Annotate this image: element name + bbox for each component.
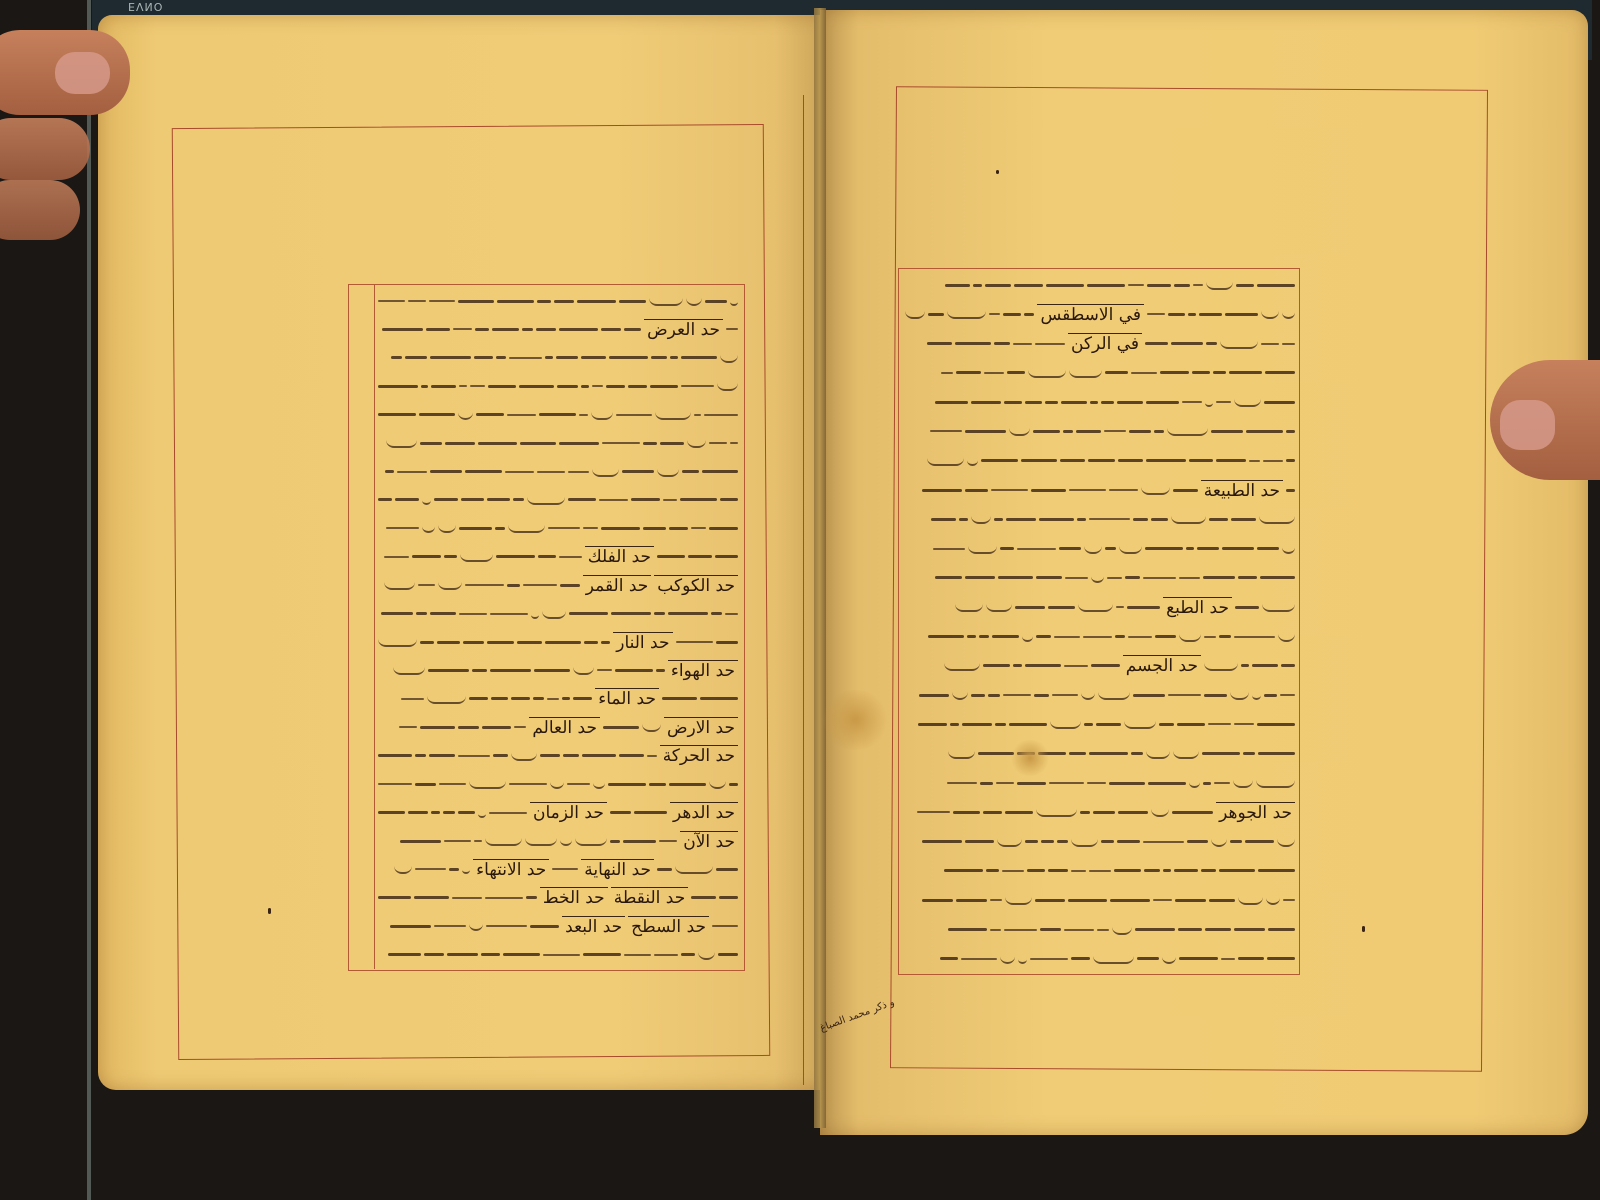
headword: حد الهواء	[668, 660, 738, 681]
ink-speck	[268, 908, 271, 914]
script-stroke	[1235, 606, 1259, 609]
script-stroke	[717, 381, 738, 391]
script-stroke	[496, 555, 535, 558]
script-stroke	[1118, 811, 1148, 814]
script-stroke	[531, 609, 539, 619]
script-stroke	[996, 782, 1014, 784]
script-stroke	[509, 783, 547, 785]
manuscript-line	[378, 430, 738, 456]
script-stroke	[983, 664, 1010, 667]
script-stroke	[408, 300, 426, 302]
manuscript-line	[905, 448, 1295, 474]
script-stroke	[1087, 782, 1106, 784]
headword: حد الخط	[540, 887, 608, 908]
script-stroke	[945, 284, 970, 287]
script-stroke	[552, 868, 578, 870]
script-stroke	[599, 499, 628, 501]
script-stroke	[429, 754, 455, 757]
script-stroke	[603, 726, 639, 729]
script-stroke	[691, 527, 706, 529]
manuscript-line: حد الارضحد العالم	[378, 714, 738, 740]
script-stroke	[1021, 459, 1057, 462]
manuscript-line: حد الكوكبحد القمر	[378, 572, 738, 598]
headword: حد النقطة	[611, 887, 689, 908]
script-stroke	[1189, 459, 1213, 462]
script-stroke	[1110, 899, 1150, 902]
script-stroke	[1109, 489, 1138, 491]
script-stroke	[1030, 958, 1068, 960]
script-stroke	[1083, 636, 1112, 638]
headword: حد العالم	[529, 717, 600, 738]
left-finger	[0, 180, 80, 240]
script-stroke	[983, 811, 1002, 814]
script-stroke	[434, 498, 459, 501]
script-stroke	[1229, 371, 1262, 374]
script-stroke	[584, 641, 598, 644]
script-stroke	[619, 300, 646, 303]
script-stroke	[533, 697, 544, 700]
headword: حد الماء	[595, 688, 659, 709]
script-stroke	[1261, 309, 1279, 319]
script-stroke	[1093, 954, 1134, 964]
script-stroke	[381, 612, 413, 615]
script-stroke	[1167, 426, 1208, 436]
script-stroke	[1118, 459, 1143, 462]
script-stroke	[1197, 547, 1219, 550]
headword: حد الطبيعة	[1201, 480, 1283, 501]
script-stroke	[1230, 690, 1249, 700]
script-stroke	[1045, 401, 1058, 404]
script-stroke	[608, 783, 646, 786]
script-stroke	[1236, 284, 1254, 287]
script-stroke	[1286, 430, 1295, 433]
script-stroke	[1114, 869, 1141, 872]
script-stroke	[1231, 518, 1256, 521]
script-stroke	[1280, 694, 1295, 696]
script-stroke	[985, 284, 1011, 287]
script-stroke	[1204, 694, 1227, 697]
script-stroke	[415, 868, 446, 870]
script-stroke	[384, 556, 409, 558]
script-stroke	[458, 410, 473, 420]
script-stroke	[492, 328, 519, 331]
script-stroke	[654, 612, 665, 615]
manuscript-line	[378, 288, 738, 314]
script-stroke	[1000, 547, 1014, 550]
script-stroke	[394, 864, 412, 874]
script-stroke	[1069, 489, 1106, 491]
manuscript-line	[378, 601, 738, 627]
script-stroke	[680, 498, 718, 501]
script-stroke	[581, 356, 606, 359]
script-stroke	[414, 896, 449, 899]
script-stroke	[388, 953, 421, 956]
manuscript-line	[905, 565, 1295, 591]
script-stroke	[386, 527, 419, 529]
script-stroke	[681, 356, 717, 359]
script-stroke	[691, 896, 715, 899]
script-stroke	[482, 726, 511, 729]
script-stroke	[682, 470, 699, 473]
manuscript-line	[905, 770, 1295, 796]
script-stroke	[994, 342, 1010, 345]
script-stroke	[657, 555, 685, 558]
script-stroke	[419, 413, 455, 416]
manuscript-line: حد الحركة	[378, 743, 738, 769]
script-stroke	[420, 641, 434, 644]
script-stroke	[971, 401, 1001, 404]
script-stroke	[927, 342, 952, 345]
script-stroke	[395, 498, 419, 501]
script-stroke	[720, 498, 738, 501]
script-stroke	[415, 783, 436, 786]
script-stroke	[922, 899, 953, 902]
script-stroke	[428, 669, 469, 672]
script-stroke	[1146, 749, 1170, 759]
script-stroke	[1091, 664, 1120, 667]
script-stroke	[1260, 576, 1295, 579]
script-stroke	[496, 356, 506, 359]
script-stroke	[542, 609, 566, 619]
script-stroke	[559, 556, 582, 558]
script-stroke	[1146, 459, 1186, 462]
script-stroke	[709, 442, 727, 444]
script-stroke	[568, 471, 589, 473]
script-stroke	[554, 300, 574, 303]
script-stroke	[1192, 371, 1210, 374]
manuscript-line	[905, 858, 1295, 884]
manuscript-line: في الاسطقس	[905, 301, 1295, 327]
script-stroke	[1035, 899, 1065, 902]
script-stroke	[995, 723, 1006, 726]
headword: حد النهاية	[581, 859, 654, 880]
script-stroke	[1035, 343, 1065, 345]
script-stroke	[1071, 957, 1090, 960]
script-stroke	[623, 840, 656, 843]
script-stroke	[430, 470, 462, 473]
script-stroke	[1203, 576, 1235, 579]
script-stroke	[422, 523, 435, 533]
headword: حد السطح	[628, 916, 709, 937]
script-stroke	[953, 811, 980, 814]
script-stroke	[647, 755, 657, 757]
script-stroke	[967, 456, 978, 466]
script-stroke	[1159, 723, 1174, 726]
script-stroke	[1160, 371, 1189, 374]
script-stroke	[581, 385, 589, 388]
script-stroke	[1109, 782, 1145, 785]
script-stroke	[592, 385, 604, 387]
script-stroke	[1048, 606, 1075, 609]
script-stroke	[919, 694, 949, 697]
script-stroke	[1061, 401, 1087, 404]
script-stroke	[709, 779, 726, 789]
script-stroke	[955, 342, 991, 345]
script-stroke	[474, 840, 482, 842]
script-stroke	[1013, 343, 1032, 345]
script-stroke	[1133, 694, 1165, 697]
script-stroke	[1028, 368, 1066, 378]
script-stroke	[1105, 371, 1128, 374]
headword: حد الجوهر	[1216, 802, 1295, 823]
script-stroke	[420, 726, 455, 729]
script-stroke	[545, 356, 553, 359]
script-stroke	[1175, 899, 1206, 902]
script-stroke	[1025, 664, 1061, 667]
script-stroke	[378, 413, 416, 416]
script-stroke	[709, 527, 738, 530]
manuscript-line	[378, 459, 738, 485]
script-stroke	[559, 328, 598, 331]
script-stroke	[557, 385, 578, 388]
script-stroke	[729, 783, 738, 786]
script-stroke	[1048, 869, 1068, 872]
script-stroke	[445, 442, 475, 445]
script-stroke	[505, 471, 534, 473]
headword: حد العرض	[644, 319, 723, 340]
script-stroke	[1241, 664, 1249, 667]
script-stroke	[971, 694, 985, 697]
script-stroke	[1093, 811, 1115, 814]
script-stroke	[616, 414, 652, 416]
script-stroke	[1014, 284, 1043, 287]
script-stroke	[462, 864, 470, 874]
script-stroke	[1117, 401, 1143, 404]
manuscript-line	[378, 373, 738, 399]
script-stroke	[1238, 576, 1257, 579]
script-stroke	[1040, 928, 1061, 931]
script-stroke	[478, 808, 486, 818]
script-stroke	[688, 555, 712, 558]
script-stroke	[944, 869, 983, 872]
script-stroke	[1024, 313, 1035, 316]
script-stroke	[459, 527, 492, 530]
manuscript-line: حد الآن	[378, 828, 738, 854]
script-stroke	[1071, 870, 1086, 872]
script-stroke	[400, 840, 441, 843]
script-stroke	[1168, 313, 1185, 316]
script-stroke	[1119, 544, 1142, 554]
script-stroke	[547, 698, 559, 700]
script-stroke	[935, 401, 968, 404]
script-stroke	[520, 442, 556, 445]
left-finger	[0, 118, 90, 180]
manuscript-line	[905, 682, 1295, 708]
script-stroke	[1204, 661, 1238, 671]
script-stroke	[443, 811, 455, 814]
script-stroke	[1174, 284, 1190, 287]
script-stroke	[660, 442, 684, 445]
script-stroke	[988, 694, 1000, 697]
script-stroke	[1084, 723, 1093, 726]
script-stroke	[922, 489, 962, 492]
script-stroke	[495, 527, 505, 530]
script-stroke	[458, 726, 479, 729]
script-stroke	[577, 300, 616, 303]
script-stroke	[458, 811, 475, 814]
manuscript-line	[905, 360, 1295, 386]
script-stroke	[1009, 426, 1030, 436]
script-stroke	[1188, 313, 1196, 316]
script-stroke	[525, 836, 557, 846]
script-stroke	[1131, 752, 1143, 755]
ink-speck	[1362, 926, 1365, 932]
script-stroke	[1131, 372, 1157, 374]
script-stroke	[1249, 460, 1260, 462]
script-stroke	[1173, 489, 1198, 492]
script-stroke	[573, 697, 592, 700]
script-stroke	[1034, 694, 1049, 697]
left-text-lines: حد العرضحد الفلكحد الكوكبحد القمرحد النا…	[378, 288, 738, 968]
script-stroke	[548, 527, 580, 529]
script-stroke	[543, 954, 580, 956]
script-stroke	[1203, 782, 1211, 785]
script-stroke	[1049, 782, 1084, 784]
script-stroke	[1017, 782, 1046, 785]
script-stroke	[610, 811, 631, 814]
script-stroke	[1168, 694, 1201, 696]
headword: حد الآن	[680, 831, 738, 852]
script-stroke	[971, 514, 991, 524]
script-stroke	[488, 385, 516, 388]
script-stroke	[986, 869, 999, 872]
script-stroke	[1263, 460, 1283, 462]
manuscript-line	[905, 946, 1295, 972]
right-page-gutter-rule	[803, 95, 804, 1085]
script-stroke	[1057, 840, 1068, 843]
script-stroke	[509, 357, 542, 359]
script-stroke	[378, 300, 405, 302]
script-stroke	[1258, 869, 1295, 872]
script-stroke	[1238, 957, 1264, 960]
script-stroke	[421, 385, 429, 388]
script-stroke	[537, 300, 551, 303]
manuscript-line	[905, 711, 1295, 737]
script-stroke	[1089, 518, 1130, 520]
script-stroke	[676, 641, 714, 643]
manuscript-line: حد العرض	[378, 316, 738, 342]
manuscript-line	[905, 917, 1295, 943]
script-stroke	[940, 957, 958, 960]
script-stroke	[1076, 430, 1101, 433]
script-stroke	[1009, 723, 1047, 726]
script-stroke	[427, 694, 466, 704]
script-stroke	[967, 635, 976, 638]
script-stroke	[941, 372, 953, 374]
script-stroke	[1137, 957, 1159, 960]
script-stroke	[1127, 606, 1160, 609]
script-stroke	[424, 953, 444, 956]
script-stroke	[1084, 544, 1102, 554]
manuscript-line	[905, 624, 1295, 650]
script-stroke	[922, 840, 962, 843]
script-stroke	[1256, 778, 1295, 788]
script-stroke	[1080, 811, 1090, 814]
script-stroke	[1107, 577, 1122, 579]
script-stroke	[1089, 870, 1111, 872]
script-stroke	[1069, 752, 1086, 755]
script-stroke	[643, 442, 657, 445]
script-stroke	[610, 840, 620, 843]
script-stroke	[1096, 723, 1121, 726]
script-stroke	[962, 723, 992, 726]
script-stroke	[1265, 371, 1295, 374]
script-stroke	[489, 812, 527, 814]
script-stroke	[1060, 459, 1085, 462]
script-stroke	[378, 783, 412, 785]
script-stroke	[1211, 430, 1243, 433]
script-stroke	[538, 555, 556, 558]
thumbnail	[55, 52, 110, 94]
script-stroke	[978, 752, 1014, 755]
script-stroke	[1286, 459, 1295, 462]
script-stroke	[476, 413, 504, 416]
script-stroke	[947, 309, 986, 319]
script-stroke	[490, 669, 531, 672]
script-stroke	[511, 697, 530, 700]
script-stroke	[550, 779, 565, 789]
thumbnail	[1500, 400, 1555, 450]
script-stroke	[981, 459, 1018, 462]
script-stroke	[1036, 635, 1051, 638]
script-stroke	[1173, 749, 1199, 759]
script-stroke	[1206, 280, 1233, 290]
script-stroke	[918, 723, 947, 726]
script-stroke	[606, 385, 625, 388]
script-stroke	[1013, 664, 1022, 667]
manuscript-line: حد الفلك	[378, 544, 738, 570]
script-stroke	[1046, 284, 1084, 287]
script-stroke	[1144, 869, 1160, 872]
script-stroke	[386, 438, 417, 448]
manuscript-line	[905, 887, 1295, 913]
script-stroke	[415, 754, 427, 757]
script-stroke	[1146, 401, 1179, 404]
script-stroke	[416, 612, 427, 615]
script-stroke	[1211, 837, 1227, 847]
headword: حد الجسم	[1123, 655, 1201, 676]
manuscript-line	[905, 272, 1295, 298]
script-stroke	[1234, 397, 1261, 407]
script-stroke	[1148, 782, 1186, 785]
script-stroke	[540, 754, 560, 757]
script-stroke	[1245, 840, 1274, 843]
script-stroke	[1078, 602, 1113, 612]
script-stroke	[534, 669, 570, 672]
script-stroke	[1252, 690, 1261, 700]
script-stroke	[1129, 430, 1151, 433]
script-stroke	[681, 953, 695, 956]
script-stroke	[1222, 547, 1254, 550]
script-stroke	[1208, 723, 1231, 725]
script-stroke	[497, 300, 534, 303]
script-stroke	[1005, 811, 1033, 814]
manuscript-line: حد النهايةحد الانتهاء	[378, 856, 738, 882]
script-stroke	[391, 356, 402, 359]
headword: حد الارض	[664, 717, 738, 738]
script-stroke	[1182, 401, 1202, 403]
script-stroke	[1209, 518, 1228, 521]
script-stroke	[478, 442, 517, 445]
script-stroke	[928, 313, 944, 316]
script-stroke	[948, 749, 975, 759]
script-stroke	[390, 925, 431, 928]
script-stroke	[393, 665, 425, 675]
manuscript-line	[905, 418, 1295, 444]
script-stroke	[1179, 632, 1201, 642]
script-stroke	[952, 690, 968, 700]
script-stroke	[1172, 811, 1213, 814]
